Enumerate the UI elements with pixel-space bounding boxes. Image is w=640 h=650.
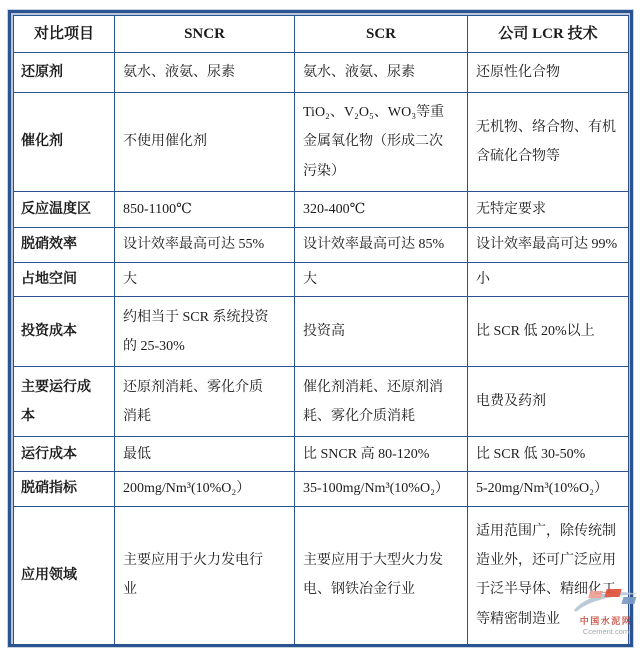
cell-lcr: 比 SCR 低 30-50% [468,437,629,472]
row-label: 脱硝指标 [14,472,115,506]
col-header-scr: SCR [295,16,468,53]
row-reaction-temperature: 反应温度区 850-1100℃ 320-400℃ 无特定要求 [14,192,629,228]
row-label: 反应温度区 [14,192,115,228]
cell-sncr: 氨水、液氨、尿素 [115,53,295,93]
cell-lcr: 还原性化合物 [468,53,629,93]
col-header-lcr: 公司 LCR 技术 [468,16,629,53]
cell-lcr: 小 [468,263,629,297]
cell-lcr: 适用范围广，除传统制 造业外，还可广泛应用 于泛半导体、精细化工 等精密制造业 [468,506,629,644]
cell-sncr: 不使用催化剂 [115,93,295,192]
row-application-field: 应用领域 主要应用于火力发电行 业 主要应用于大型火力发 电、钢铁冶金行业 适用… [14,506,629,644]
comparison-table-frame: 对比项目 SNCR SCR 公司 LCR 技术 还原剂 氨水、液氨、尿素 氨水、… [8,10,633,647]
row-label: 应用领域 [14,506,115,644]
cell-sncr: 850-1100℃ [115,192,295,228]
row-reducing-agent: 还原剂 氨水、液氨、尿素 氨水、液氨、尿素 还原性化合物 [14,53,629,93]
table-header-row: 对比项目 SNCR SCR 公司 LCR 技术 [14,16,629,53]
col-header-compare-item: 对比项目 [14,16,115,53]
cell-lcr: 设计效率最高可达 99% [468,228,629,263]
row-denox-index: 脱硝指标 200mg/Nm³(10%O₂） 35-100mg/Nm³(10%O₂… [14,472,629,506]
cell-scr: 催化剂消耗、还原剂消 耗、雾化介质消耗 [295,367,468,437]
row-label: 还原剂 [14,53,115,93]
cell-scr: 比 SNCR 高 80-120% [295,437,468,472]
cell-scr: 设计效率最高可达 85% [295,228,468,263]
cell-sncr: 设计效率最高可达 55% [115,228,295,263]
row-denox-efficiency: 脱硝效率 设计效率最高可达 55% 设计效率最高可达 85% 设计效率最高可达 … [14,228,629,263]
row-label: 脱硝效率 [14,228,115,263]
row-label: 投资成本 [14,297,115,367]
cell-sncr: 还原剂消耗、雾化介质 消耗 [115,367,295,437]
row-operating-cost: 运行成本 最低 比 SNCR 高 80-120% 比 SCR 低 30-50% [14,437,629,472]
cell-sncr: 最低 [115,437,295,472]
cell-scr: 投资高 [295,297,468,367]
cell-lcr: 电费及药剂 [468,367,629,437]
cell-lcr: 5-20mg/Nm³(10%O₂） [468,472,629,506]
row-label: 主要运行成 本 [14,367,115,437]
row-label: 催化剂 [14,93,115,192]
cell-sncr: 约相当于 SCR 系统投资 的 25-30% [115,297,295,367]
cell-lcr: 比 SCR 低 20%以上 [468,297,629,367]
cell-lcr: 无机物、络合物、有机 含硫化合物等 [468,93,629,192]
cell-scr: 氨水、液氨、尿素 [295,53,468,93]
row-investment-cost: 投资成本 约相当于 SCR 系统投资 的 25-30% 投资高 比 SCR 低 … [14,297,629,367]
page: { "table": { "columns": ["对比项目", "SNCR",… [0,0,640,650]
cell-lcr: 无特定要求 [468,192,629,228]
cell-scr: TiO₂、V₂O₅、WO₃等重 金属氧化物（形成二次 污染） [295,93,468,192]
cell-scr: 320-400℃ [295,192,468,228]
row-footprint: 占地空间 大 大 小 [14,263,629,297]
row-label: 占地空间 [14,263,115,297]
cell-scr: 主要应用于大型火力发 电、钢铁冶金行业 [295,506,468,644]
cell-sncr: 大 [115,263,295,297]
row-label: 运行成本 [14,437,115,472]
row-main-operating-cost: 主要运行成 本 还原剂消耗、雾化介质 消耗 催化剂消耗、还原剂消 耗、雾化介质消… [14,367,629,437]
col-header-sncr: SNCR [115,16,295,53]
cell-sncr: 主要应用于火力发电行 业 [115,506,295,644]
cell-sncr: 200mg/Nm³(10%O₂） [115,472,295,506]
cell-scr: 大 [295,263,468,297]
cell-scr: 35-100mg/Nm³(10%O₂） [295,472,468,506]
comparison-table: 对比项目 SNCR SCR 公司 LCR 技术 还原剂 氨水、液氨、尿素 氨水、… [13,15,629,645]
row-catalyst: 催化剂 不使用催化剂 TiO₂、V₂O₅、WO₃等重 金属氧化物（形成二次 污染… [14,93,629,192]
